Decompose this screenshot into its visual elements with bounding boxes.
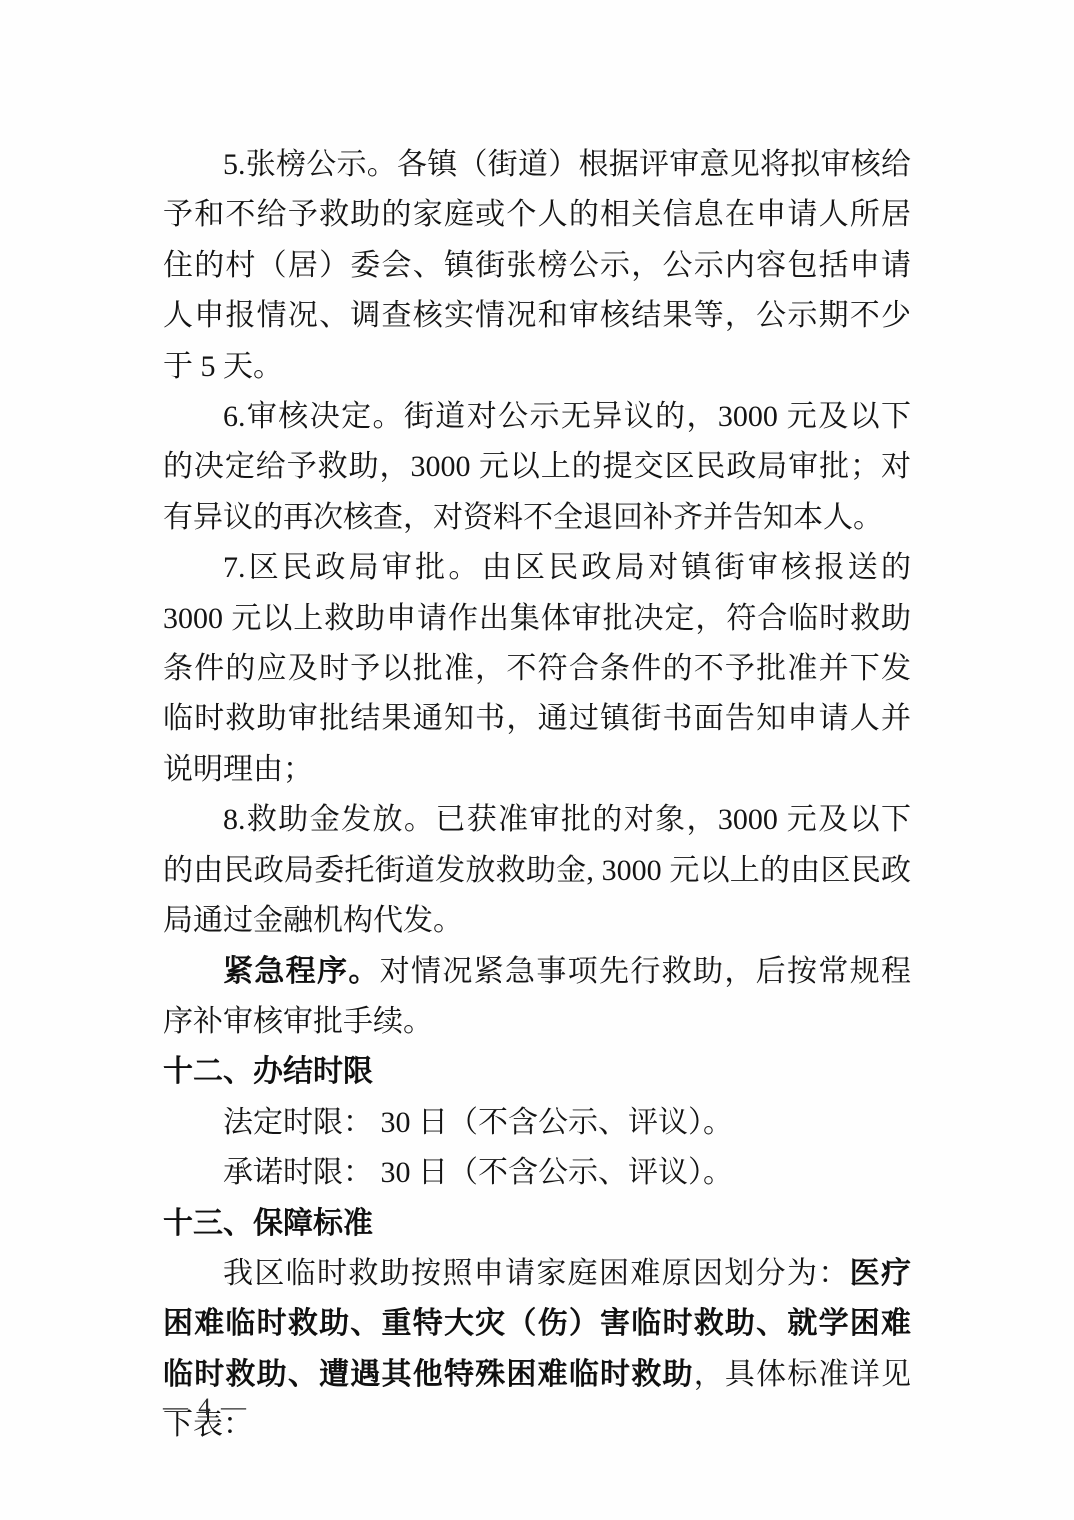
paragraph-posting-publicity: 5.张榜公示。各镇（街道）根据评审意见将拟审核给予和不给予救助的家庭或个人的相关… (163, 140, 911, 392)
paragraph-emergency-procedure: 紧急程序。对情况紧急事项先行救助，后按常规程序补审核审批手续。 (163, 947, 911, 1048)
paragraph-fund-distribution: 8.救助金发放。已获准审批的对象，3000 元及以下的由民政局委托街道发放救助金… (163, 795, 911, 946)
section-heading-completion-time-limit: 十二、办结时限 (163, 1047, 911, 1097)
legal-time-limit-line: 法定时限： 30 日（不含公示、评议）。 (163, 1098, 911, 1148)
page-number: — 4 — (163, 1394, 248, 1422)
paragraph-civil-affairs-approval: 7.区民政局审批。由区民政局对镇街审核报送的 3000 元以上救助申请作出集体审… (163, 543, 911, 795)
section-heading-guarantee-standards: 十三、保障标准 (163, 1199, 911, 1249)
document-page: 5.张榜公示。各镇（街道）根据评审意见将拟审核给予和不给予救助的家庭或个人的相关… (0, 0, 1074, 1520)
paragraph-review-decision: 6.审核决定。街道对公示无异议的，3000 元及以下的决定给予救助，3000 元… (163, 392, 911, 543)
standards-lead-text: 我区临时救助按照申请家庭困难原因划分为： (223, 1257, 850, 1290)
document-body: 5.张榜公示。各镇（街道）根据评审意见将拟审核给予和不给予救助的家庭或个人的相关… (163, 140, 911, 1451)
paragraph-standards-categories: 我区临时救助按照申请家庭困难原因划分为：医疗困难临时救助、重特大灾（伤）害临时救… (163, 1249, 911, 1451)
promised-time-limit-line: 承诺时限： 30 日（不含公示、评议）。 (163, 1148, 911, 1198)
emergency-procedure-lead: 紧急程序。 (223, 955, 380, 988)
